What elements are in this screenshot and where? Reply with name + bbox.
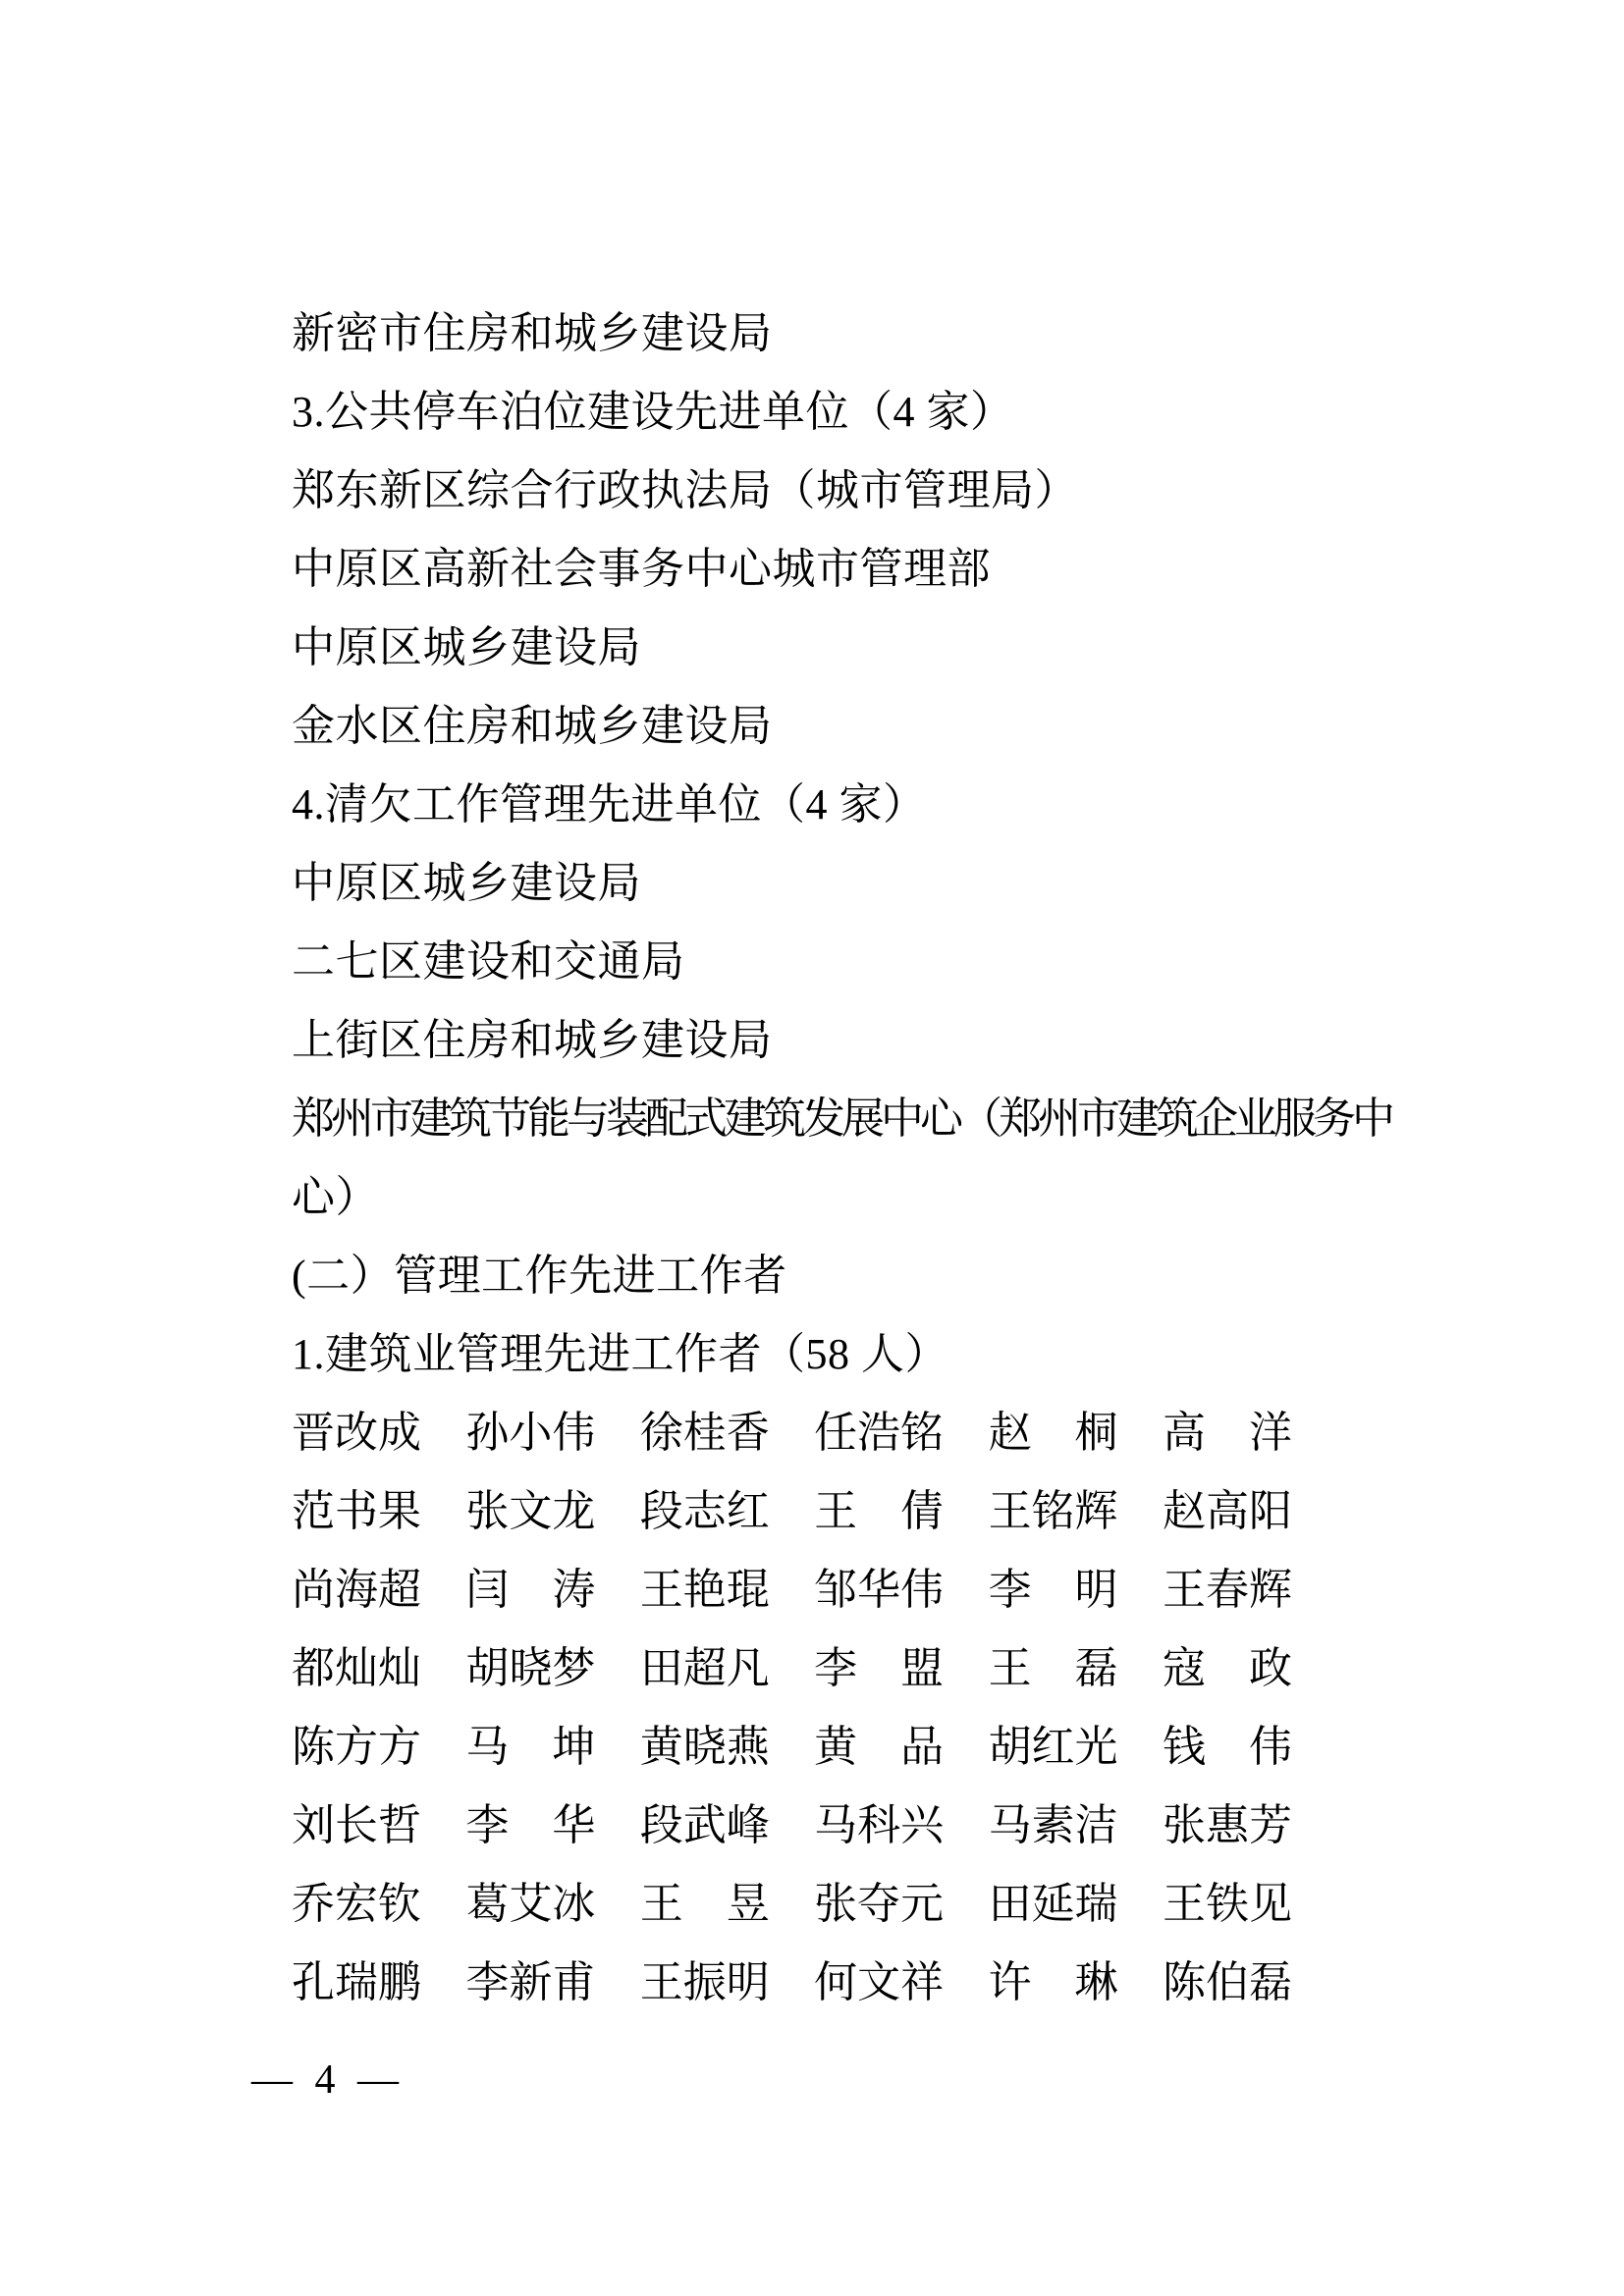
name-cell: 高 洋 [1163,1394,1298,1472]
name-cell: 马科兴 [814,1787,949,1865]
body-line: 郑州市建筑节能与装配式建筑发展中心（郑州市建筑企业服务中 [292,1080,1383,1158]
name-cell: 田延瑞 [989,1865,1124,1944]
name-cell: 马 坤 [465,1708,601,1787]
name-cell: 钱 伟 [1163,1708,1298,1787]
name-cell: 闫 涛 [465,1551,601,1629]
body-line: 中原区城乡建设局 [292,609,1383,687]
name-row: 孔瑞鹏 李新甫 王振明 何文祥 许 琳 陈伯磊 [292,1944,1298,2022]
body-line: 二七区建设和交通局 [292,923,1383,1001]
body-line: 中原区城乡建设局 [292,844,1383,923]
name-cell: 陈伯磊 [1163,1944,1298,2022]
name-cell: 邹华伟 [814,1551,949,1629]
name-cell: 王铭辉 [989,1472,1124,1551]
name-cell: 任浩铭 [814,1394,949,1472]
name-cell: 张夺元 [814,1865,949,1944]
name-row: 陈方方 马 坤 黄晓燕 黄 品 胡红光 钱 伟 [292,1708,1298,1787]
name-cell: 王艳琨 [640,1551,776,1629]
name-cell: 李 明 [989,1551,1124,1629]
name-row: 都灿灿 胡晓梦 田超凡 李 盟 王 磊 寇 政 [292,1629,1298,1708]
name-cell: 李新甫 [465,1944,601,2022]
name-cell: 王春辉 [1163,1551,1298,1629]
name-cell: 许 琳 [989,1944,1124,2022]
document-body: 新密市住房和城乡建设局 3.公共停车泊位建设先进单位（4 家） 郑东新区综合行政… [292,294,1383,2022]
name-cell: 王铁见 [1163,1865,1298,1944]
name-cell: 李 盟 [814,1629,949,1708]
name-cell: 胡晓梦 [465,1629,601,1708]
name-cell: 陈方方 [292,1708,427,1787]
body-line: 中原区高新社会事务中心城市管理部 [292,530,1383,609]
name-cell: 张文龙 [465,1472,601,1551]
name-cell: 王振明 [640,1944,776,2022]
body-line: 金水区住房和城乡建设局 [292,687,1383,766]
name-cell: 葛艾冰 [465,1865,601,1944]
name-cell: 马素洁 [989,1787,1124,1865]
name-row: 刘长哲 李 华 段武峰 马科兴 马素洁 张惠芳 [292,1787,1298,1865]
name-cell: 赵 桐 [989,1394,1124,1472]
section-heading: 4.清欠工作管理先进单位（4 家） [292,766,1383,844]
name-cell: 晋改成 [292,1394,427,1472]
name-cell: 刘长哲 [292,1787,427,1865]
name-cell: 张惠芳 [1163,1787,1298,1865]
name-cell: 王 磊 [989,1629,1124,1708]
name-cell: 胡红光 [989,1708,1124,1787]
name-cell: 段志红 [640,1472,776,1551]
body-line: 新密市住房和城乡建设局 [292,294,1383,373]
name-cell: 孙小伟 [465,1394,601,1472]
name-cell: 范书果 [292,1472,427,1551]
name-cell: 王 昱 [640,1865,776,1944]
body-line: 上街区住房和城乡建设局 [292,1001,1383,1080]
body-line: 心） [292,1158,1383,1237]
name-cell: 黄晓燕 [640,1708,776,1787]
section-heading: 1.建筑业管理先进工作者（58 人） [292,1315,1383,1394]
page-number: — 4 — [251,2041,405,2119]
name-cell: 徐桂香 [640,1394,776,1472]
name-cell: 何文祥 [814,1944,949,2022]
name-cell: 段武峰 [640,1787,776,1865]
name-cell: 李 华 [465,1787,601,1865]
name-cell: 尚海超 [292,1551,427,1629]
section-heading: 3.公共停车泊位建设先进单位（4 家） [292,373,1383,452]
document-page: 新密市住房和城乡建设局 3.公共停车泊位建设先进单位（4 家） 郑东新区综合行政… [0,0,1624,2296]
section-heading: (二）管理工作先进工作者 [292,1237,1383,1315]
name-cell: 黄 品 [814,1708,949,1787]
name-cell: 田超凡 [640,1629,776,1708]
name-row: 乔宏钦 葛艾冰 王 昱 张夺元 田延瑞 王铁见 [292,1865,1298,1944]
name-row: 晋改成 孙小伟 徐桂香 任浩铭 赵 桐 高 洋 [292,1394,1298,1472]
name-cell: 孔瑞鹏 [292,1944,427,2022]
name-cell: 赵高阳 [1163,1472,1298,1551]
body-line: 郑东新区综合行政执法局（城市管理局） [292,452,1383,530]
name-cell: 都灿灿 [292,1629,427,1708]
name-cell: 乔宏钦 [292,1865,427,1944]
name-row: 尚海超 闫 涛 王艳琨 邹华伟 李 明 王春辉 [292,1551,1298,1629]
name-row: 范书果 张文龙 段志红 王 倩 王铭辉 赵高阳 [292,1472,1298,1551]
name-cell: 寇 政 [1163,1629,1298,1708]
name-cell: 王 倩 [814,1472,949,1551]
